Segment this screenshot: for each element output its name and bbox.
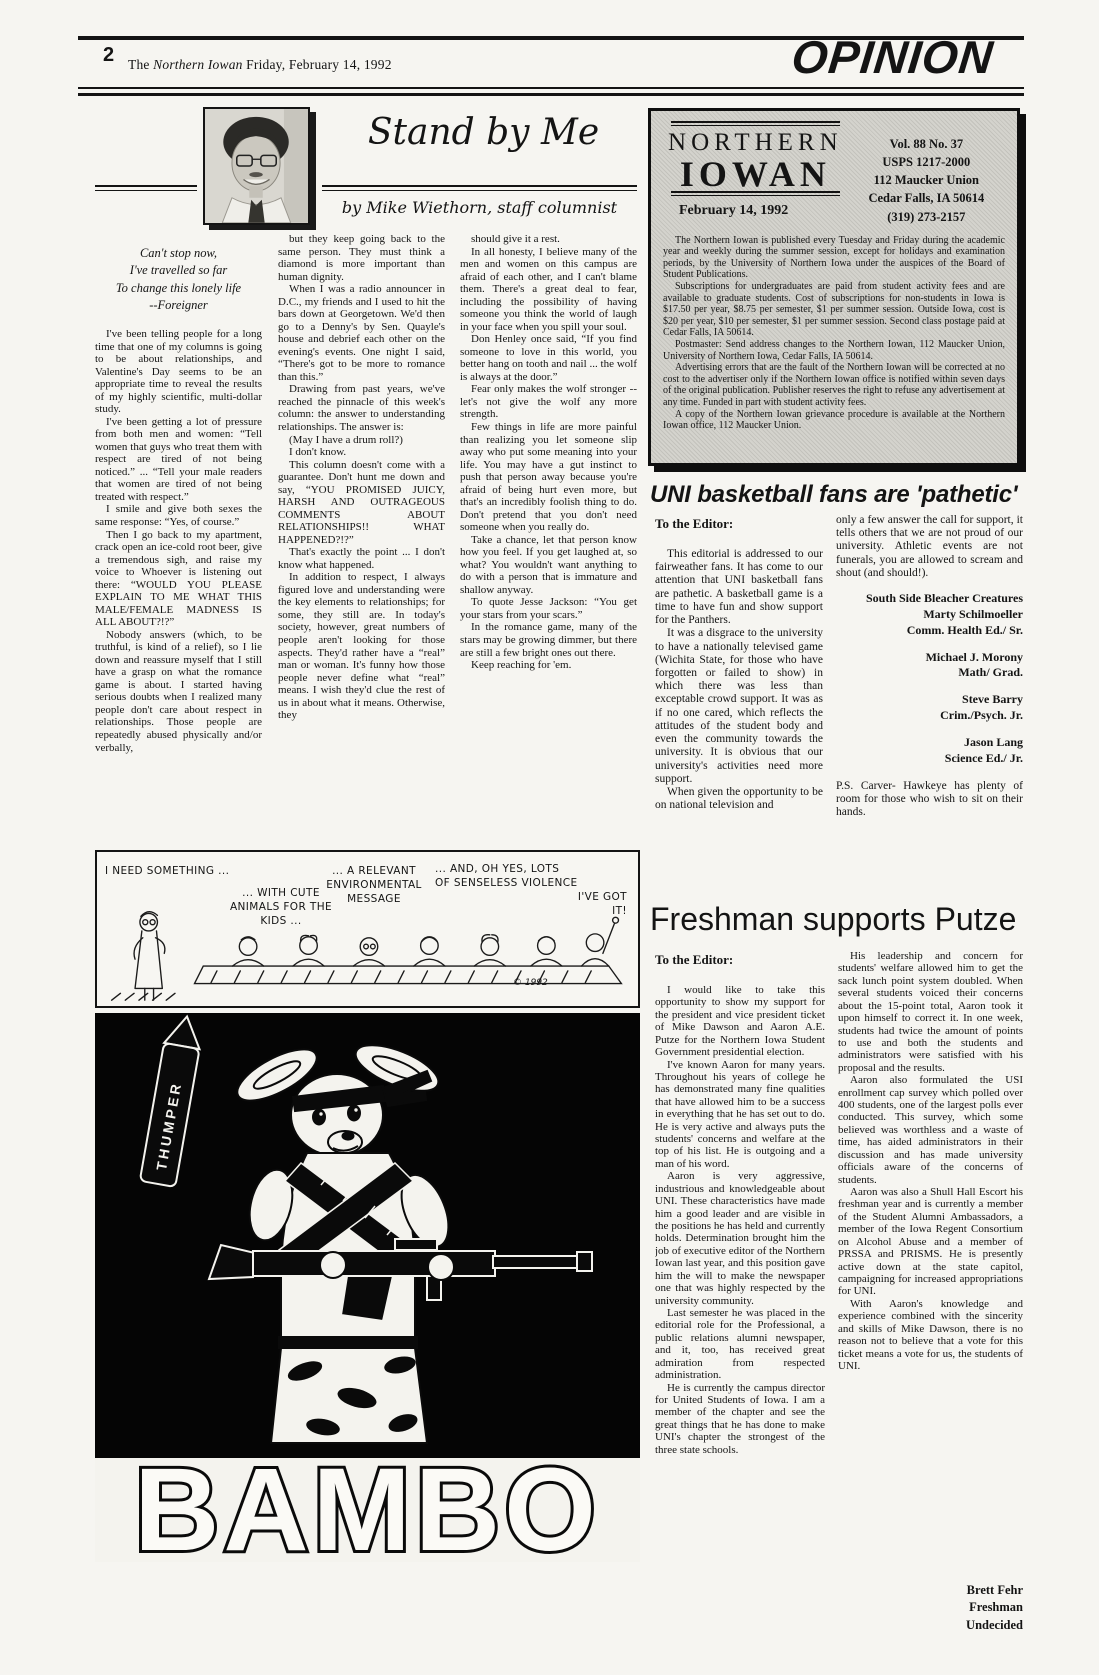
signature-block: Steve Barry Crim./Psych. Jr. [836, 692, 1023, 724]
epigraph-line: I've travelled so far [95, 262, 262, 279]
body-paragraph: I've been getting a lot of pressure from… [95, 416, 262, 504]
masthead-name-line2: IOWAN [663, 157, 848, 191]
body-paragraph: I've been telling people for a long time… [95, 328, 262, 416]
epigraph-line: --Foreigner [95, 297, 262, 314]
body-paragraph: (May I have a drum roll?) [278, 434, 445, 447]
standby-column-3: should give it a rest.In all honesty, I … [460, 233, 637, 846]
body-paragraph: In addition to respect, I always figured… [278, 571, 445, 721]
newspaper-page: 2 The Northern Iowan Friday, February 14… [0, 0, 1099, 1675]
masthead-name-line1: NORTHERN [663, 129, 848, 157]
masthead-info-line: Cedar Falls, IA 50614 [848, 189, 1005, 207]
body-paragraph: I smile and give both sexes the same res… [95, 503, 262, 528]
signature-block: Michael J. Morony Math/ Grad. [836, 650, 1023, 682]
letter-paragraph: Aaron is very aggressive, industrious an… [655, 1170, 825, 1307]
speech-text-1: I NEED SOMETHING ... [105, 864, 229, 878]
masthead-info-line: 112 Maucker Union [848, 171, 1005, 189]
letter1-column-1: This editorial is addressed to our fairw… [655, 548, 823, 904]
masthead-title-block: NORTHERN IOWAN February 14, 1992 [663, 121, 848, 226]
masthead-rule-top [671, 121, 840, 126]
body-paragraph: Keep reaching for 'em. [460, 659, 637, 672]
body-paragraph: To quote Jesse Jackson: “You get your st… [460, 596, 637, 621]
speech-text-5: I'VE GOT IT! [565, 890, 627, 918]
signature-block: South Side Bleacher Creatures Marty Schi… [836, 591, 1023, 638]
letter2-col2-paragraphs: His leadership and concern for students'… [838, 950, 1023, 1372]
letter2-headline: Freshman supports Putze [650, 901, 1030, 938]
masthead-box: NORTHERN IOWAN February 14, 1992 Vol. 88… [648, 108, 1020, 466]
body-paragraph: Don Henley once said, “If you find someo… [460, 333, 637, 383]
body-paragraph: Take a chance, let that person know how … [460, 534, 637, 597]
letter-paragraph: His leadership and concern for students'… [838, 950, 1023, 1074]
letter1-headline: UNI basketball fans are 'pathetic' [650, 481, 1028, 509]
body-paragraph: In all honesty, I believe many of the me… [460, 246, 637, 334]
body-paragraph: should give it a rest. [460, 233, 637, 246]
header-rule-1 [78, 87, 1024, 89]
column-byline: by Mike Wiethorn, staff columnist [322, 198, 637, 217]
letter-paragraph: It was a disgrace to the university to h… [655, 627, 823, 786]
standby-col3-paragraphs: should give it a rest.In all honesty, I … [460, 233, 637, 672]
body-paragraph: When I was a radio announcer in D.C., my… [278, 283, 445, 383]
letter-paragraph: I've known Aaron for many years. Through… [655, 1059, 825, 1171]
editorial-cartoon-bambo: THUMPER [95, 1013, 640, 1562]
body-paragraph: Few things in life are more painful than… [460, 421, 637, 534]
body-paragraph: Drawing from past years, we've reached t… [278, 383, 445, 433]
letter2-column-2: His leadership and concern for students'… [838, 950, 1023, 1572]
letter-paragraph: Aaron was also a Shull Hall Escort his f… [838, 1186, 1023, 1298]
columnist-portrait-drawing [205, 109, 308, 223]
masthead-info-line: Vol. 88 No. 37 [848, 135, 1005, 153]
body-paragraph: Then I go back to my apartment, crack op… [95, 529, 262, 629]
speech-text-4: ... AND, OH YES, LOTS OF SENSELESS VIOLE… [435, 862, 590, 890]
epigraph-line: Can't stop now, [95, 245, 262, 262]
letter-paragraph: Aaron also formulated the USI enrollment… [838, 1074, 1023, 1186]
letter1-salutation: To the Editor: [655, 516, 733, 532]
letter-paragraph: When given the opportunity to be on nati… [655, 786, 823, 812]
masthead-info: Vol. 88 No. 37USPS 1217-2000112 Maucker … [848, 121, 1005, 226]
section-title: OPINION [789, 30, 996, 84]
masthead-paragraph: Subscriptions for undergraduates are pai… [663, 281, 1005, 339]
letter1-col1-paragraphs: This editorial is addressed to our fairw… [655, 548, 823, 812]
letter2-column-1: I would like to take this opportunity to… [655, 984, 825, 1570]
issue-prefix: The [128, 57, 153, 72]
letter1-column-2: only a few answer the call for support, … [836, 514, 1023, 906]
letter-paragraph: He is currently the campus director for … [655, 1382, 825, 1457]
paper-name: Northern Iowan [153, 57, 242, 72]
masthead-paragraph: Advertising errors that are the fault of… [663, 362, 1005, 408]
signature-block: Jason Lang Science Ed./ Jr. [836, 735, 1023, 767]
body-paragraph: Fear only makes the wolf stronger -- let… [460, 383, 637, 421]
byline-rule-left [95, 185, 197, 191]
letter-paragraph: With Aaron's knowledge and experience co… [838, 1298, 1023, 1373]
masthead-paragraphs: The Northern Iowan is published every Tu… [663, 235, 1005, 453]
letter-paragraph: I would like to take this opportunity to… [655, 984, 825, 1059]
standby-column-2: but they keep going back to the same per… [278, 233, 445, 846]
masthead-info-line: (319) 273-2157 [848, 208, 1005, 226]
body-paragraph: That's exactly the point ... I don't kno… [278, 546, 445, 571]
header-rule-2 [78, 93, 1024, 96]
letter2-signature: Brett Fehr Freshman Undecided [838, 1582, 1023, 1634]
masthead-paragraph: A copy of the Northern Iowan grievance p… [663, 409, 1005, 432]
bambo-drawing: THUMPER [95, 1013, 640, 1562]
epigraph: Can't stop now,I've travelled so farTo c… [95, 245, 262, 314]
standby-col1-paragraphs: I've been telling people for a long time… [95, 328, 262, 754]
columnist-photo [203, 107, 310, 225]
masthead-date: February 14, 1992 [663, 203, 848, 219]
masthead-paragraph: Postmaster: Send address changes to the … [663, 339, 1005, 362]
body-paragraph: This column doesn't come with a guarante… [278, 459, 445, 547]
body-paragraph: I don't know. [278, 446, 445, 459]
epigraph-line: To change this lonely life [95, 280, 262, 297]
letter1-postscript: P.S. Carver- Hawkeye has plenty of room … [836, 780, 1023, 820]
masthead-paragraph: The Northern Iowan is published every Tu… [663, 235, 1005, 281]
column-title: Stand by Me [330, 112, 637, 153]
editorial-cartoon-meeting: I NEED SOMETHING ... ... WITH CUTE ANIMA… [95, 850, 640, 1008]
body-paragraph: In the romance game, many of the stars m… [460, 621, 637, 659]
standby-col2-paragraphs: but they keep going back to the same per… [278, 233, 445, 722]
letter2-col1-paragraphs: I would like to take this opportunity to… [655, 984, 825, 1456]
masthead-header: NORTHERN IOWAN February 14, 1992 Vol. 88… [663, 121, 1005, 226]
letter-paragraph: Last semester he was placed in the edito… [655, 1307, 825, 1382]
letter2-salutation: To the Editor: [655, 952, 733, 968]
letter-paragraph: This editorial is addressed to our fairw… [655, 548, 823, 627]
speech-text-3: ... A RELEVANT ENVIRONMENTAL MESSAGE [319, 864, 429, 907]
standby-column-1: Can't stop now,I've travelled so farTo c… [95, 233, 262, 846]
letter-paragraph: only a few answer the call for support, … [836, 514, 1023, 580]
masthead-info-line: USPS 1217-2000 [848, 153, 1005, 171]
letter1-signatures: South Side Bleacher Creatures Marty Schi… [836, 591, 1023, 766]
issue-date: Friday, February 14, 1992 [243, 57, 392, 72]
issue-line: The Northern Iowan Friday, February 14, … [128, 57, 392, 73]
page-number: 2 [103, 44, 114, 67]
byline-rule-right [322, 185, 637, 191]
body-paragraph: Nobody answers (which, to be truthful, i… [95, 629, 262, 754]
cartoon-credit: © 1992 [513, 978, 548, 988]
body-paragraph: but they keep going back to the same per… [278, 233, 445, 283]
bambo-title: BAMBO [134, 1444, 600, 1562]
